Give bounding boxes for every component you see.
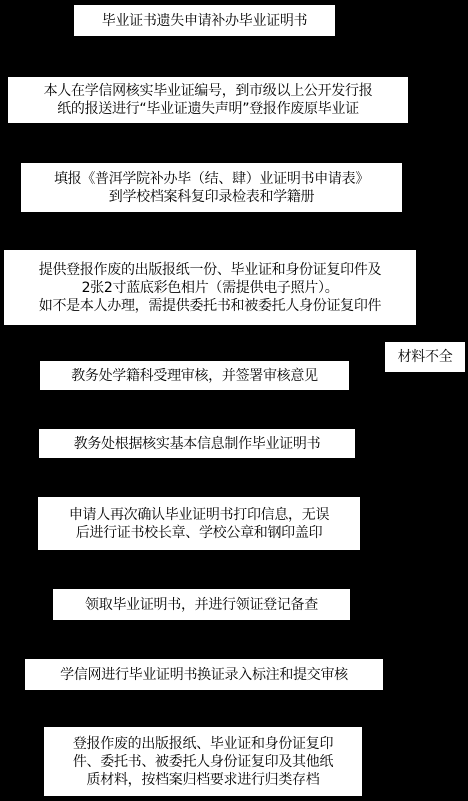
step-10-line-2: 件、委托书、被委托人身份证复印及其他纸 xyxy=(73,753,333,771)
step-6-box: 教务处根据核实基本信息制作毕业证明书 xyxy=(39,429,355,458)
step-7-box: 申请人再次确认毕业证明书打印信息，无误 后进行证书校长章、学校公章和钢印盖印 xyxy=(38,497,360,550)
step-8-text: 领取毕业证明书，并进行领证登记备查 xyxy=(85,596,318,614)
step-4-line-2: 2张2寸蓝底彩色相片（需提供电子照片）。 xyxy=(82,279,339,297)
step-4-line-1: 提供登报作废的出版报纸一份、毕业证和身份证复印件及 xyxy=(39,261,382,279)
step-1-box: 毕业证书遗失申请补办毕业证明书 xyxy=(74,5,335,36)
step-5-text: 教务处学籍科受理审核，并签署审核意见 xyxy=(71,367,318,385)
step-3-line-2: 到学校档案科复印录检表和学籍册 xyxy=(109,188,315,206)
step-4-box: 提供登报作废的出版报纸一份、毕业证和身份证复印件及 2张2寸蓝底彩色相片（需提供… xyxy=(4,250,416,325)
step-3-line-1: 填报《普洱学院补办毕（结、肆）业证明书申请表》 xyxy=(54,170,369,188)
step-2-line-2: 纸的报送进行“毕业证遗失声明”登报作废原毕业证 xyxy=(57,100,359,118)
step-8-box: 领取毕业证明书，并进行领证登记备查 xyxy=(53,589,350,620)
step-5-box: 教务处学籍科受理审核，并签署审核意见 xyxy=(40,361,349,390)
step-7-line-2: 后进行证书校长章、学校公章和钢印盖印 xyxy=(76,524,323,542)
step-4-line-3: 如不是本人办理，需提供委托书和被委托人身份证复印件 xyxy=(39,297,382,315)
step-2-box: 本人在学信网核实毕业证编号，到市级以上公开发行报 纸的报送进行“毕业证遗失声明”… xyxy=(8,77,408,123)
step-7-line-1: 申请人再次确认毕业证明书打印信息，无误 xyxy=(69,506,329,524)
step-9-text: 学信网进行毕业证明书换证录入标注和提交审核 xyxy=(60,666,348,684)
incomplete-materials-label: 材料不全 xyxy=(398,348,453,366)
step-10-line-1: 登报作废的出版报纸、毕业证和身份证复印 xyxy=(73,735,333,753)
step-1-text: 毕业证书遗失申请补办毕业证明书 xyxy=(102,12,308,30)
step-6-text: 教务处根据核实基本信息制作毕业证明书 xyxy=(74,435,321,453)
step-2-line-1: 本人在学信网核实毕业证编号，到市级以上公开发行报 xyxy=(44,82,373,100)
step-3-box: 填报《普洱学院补办毕（结、肆）业证明书申请表》 到学校档案科复印录检表和学籍册 xyxy=(21,163,402,212)
step-10-line-3: 质材料，按档案归档要求进行归类存档 xyxy=(87,771,320,789)
step-10-box: 登报作废的出版报纸、毕业证和身份证复印 件、委托书、被委托人身份证复印及其他纸 … xyxy=(44,727,362,796)
incomplete-materials-note: 材料不全 xyxy=(385,342,465,372)
step-9-box: 学信网进行毕业证明书换证录入标注和提交审核 xyxy=(25,659,383,690)
